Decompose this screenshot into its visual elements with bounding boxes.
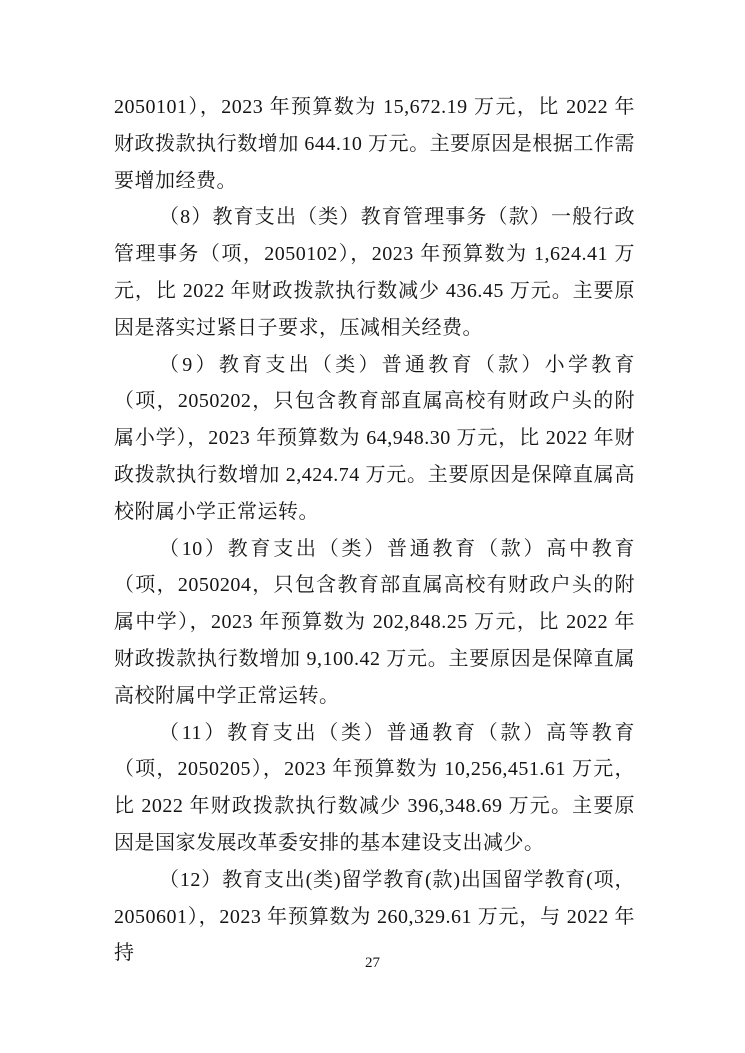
page-number: 27	[0, 953, 745, 973]
document-body-text: 2050101），2023 年预算数为 15,672.19 万元，比 2022 …	[114, 89, 635, 972]
paragraph-item-11: （11）教育支出（类）普通教育（款）高等教育（项，2050205），2023 年…	[114, 715, 635, 862]
document-page: 2050101），2023 年预算数为 15,672.19 万元，比 2022 …	[0, 0, 745, 1053]
paragraph-item-10: （10）教育支出（类）普通教育（款）高中教育（项，2050204，只包含教育部直…	[114, 531, 635, 715]
paragraph-item-8: （8）教育支出（类）教育管理事务（款）一般行政管理事务（项，2050102），2…	[114, 199, 635, 346]
paragraph-continuation: 2050101），2023 年预算数为 15,672.19 万元，比 2022 …	[114, 89, 635, 199]
paragraph-item-9: （9）教育支出（类）普通教育（款）小学教育（项，2050202，只包含教育部直属…	[114, 347, 635, 531]
